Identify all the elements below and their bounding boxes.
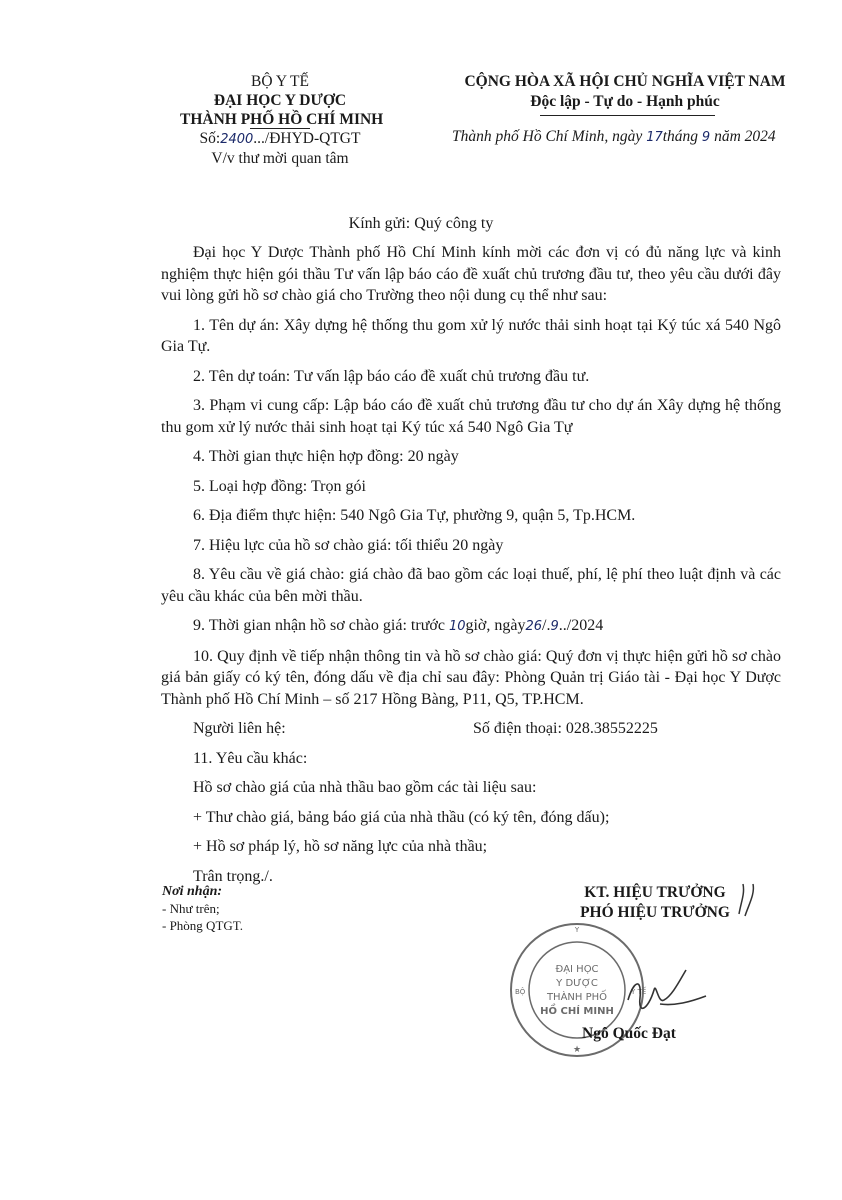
required-document-2: + Hồ sơ pháp lý, hồ sơ năng lực của nhà … — [161, 836, 781, 858]
svg-text:Y DƯỢC: Y DƯỢC — [555, 978, 598, 989]
document-number: Số:2400.../ĐHYD-QTGT — [180, 129, 380, 149]
contact-person-label: Người liên hệ: — [193, 718, 473, 740]
item-2: 2. Tên dự toán: Tư vấn lập báo cáo đề xu… — [161, 366, 781, 388]
ministry-name: BỘ Y TẾ — [180, 72, 380, 91]
document-number-handwritten: 2400 — [220, 132, 253, 147]
recipients-block: Nơi nhận: - Như trên; - Phòng QTGT. — [162, 883, 243, 934]
item-5: 5. Loại hợp đồng: Trọn gói — [161, 476, 781, 498]
national-motto: Độc lập - Tự do - Hạnh phúc — [440, 92, 810, 112]
signer-name: Ngô Quốc Đạt — [582, 1025, 676, 1043]
document-subject: V/v thư mời quan tâm — [180, 149, 380, 168]
svg-text:Y: Y — [574, 926, 580, 934]
required-document-1: + Thư chào giá, bảng báo giá của nhà thầ… — [161, 807, 781, 829]
recipient-item: - Như trên; — [162, 900, 243, 917]
item-7: 7. Hiệu lực của hồ sơ chào giá: tối thiể… — [161, 535, 781, 557]
issuer-block: BỘ Y TẾ ĐẠI HỌC Y DƯỢC THÀNH PHỐ HỒ CHÍ … — [180, 72, 380, 168]
intro-paragraph: Đại học Y Dược Thành phố Hồ Chí Minh kín… — [161, 242, 781, 307]
item-8: 8. Yêu cầu về giá chào: giá chào đã bao … — [161, 564, 781, 607]
signature-title-line1: KT. HIỆU TRƯỞNG — [560, 883, 750, 903]
svg-text:THÀNH PHỐ: THÀNH PHỐ — [546, 989, 607, 1003]
contact-phone: Số điện thoại: 028.38552225 — [473, 718, 658, 740]
signature-title-block: KT. HIỆU TRƯỞNG PHÓ HIỆU TRƯỞNG — [560, 883, 750, 923]
motto-divider — [540, 115, 715, 116]
svg-text:ĐẠI HỌC: ĐẠI HỌC — [555, 964, 598, 975]
contact-row: Người liên hệ: Số điện thoại: 028.385522… — [161, 718, 781, 740]
deadline-day-handwritten: 26 — [526, 619, 543, 634]
date-month-handwritten: 9 — [702, 130, 710, 145]
handwritten-signature-icon — [620, 960, 710, 1030]
university-name-line1: ĐẠI HỌC Y DƯỢC — [180, 91, 380, 110]
svg-text:HỒ CHÍ MINH: HỒ CHÍ MINH — [540, 1002, 614, 1017]
university-name-line2: THÀNH PHỐ HỒ CHÍ MINH — [180, 110, 380, 129]
recipients-title: Nơi nhận: — [162, 883, 243, 900]
issue-date: Thành phố Hồ Chí Minh, ngày 17tháng 9 nă… — [452, 128, 776, 146]
national-header: CỘNG HÒA XÃ HỘI CHỦ NGHĨA VIỆT NAM Độc l… — [440, 72, 810, 112]
item-3: 3. Phạm vi cung cấp: Lập báo cáo đề xuất… — [161, 395, 781, 438]
svg-text:BỘ: BỘ — [515, 987, 526, 996]
date-day-handwritten: 17 — [646, 130, 663, 145]
salutation: Kính gửi: Quý công ty — [0, 215, 842, 233]
issuer-divider — [250, 128, 310, 129]
required-documents-intro: Hồ sơ chào giá của nhà thầu bao gồm các … — [161, 777, 781, 799]
nation-name: CỘNG HÒA XÃ HỘI CHỦ NGHĨA VIỆT NAM — [440, 72, 810, 92]
item-6: 6. Địa điểm thực hiện: 540 Ngô Gia Tự, p… — [161, 505, 781, 527]
deadline-month-handwritten: 9 — [551, 619, 559, 634]
item-10: 10. Quy định về tiếp nhận thông tin và h… — [161, 646, 781, 711]
deadline-hour-handwritten: 10 — [449, 619, 466, 634]
item-1: 1. Tên dự án: Xây dựng hệ thống thu gom … — [161, 315, 781, 358]
letter-body: Đại học Y Dược Thành phố Hồ Chí Minh kín… — [161, 242, 781, 895]
recipient-item: - Phòng QTGT. — [162, 917, 243, 934]
item-9: 9. Thời gian nhận hồ sơ chào giá: trước … — [161, 615, 781, 638]
initial-mark-icon — [735, 880, 765, 920]
item-11: 11. Yêu cầu khác: — [161, 748, 781, 770]
item-4: 4. Thời gian thực hiện hợp đồng: 20 ngày — [161, 446, 781, 468]
svg-text:★: ★ — [573, 1044, 581, 1054]
